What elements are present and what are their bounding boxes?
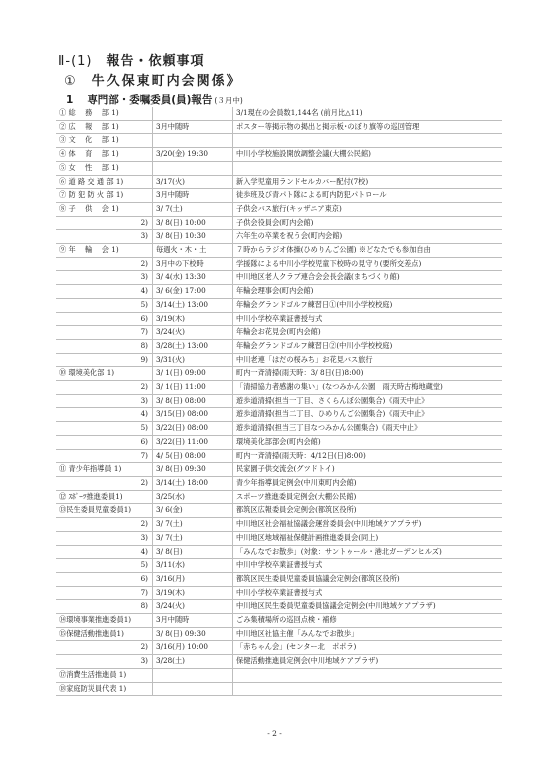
content-cell: 中川地区社会福祉協議会運営委員会(中川地域ケアプラザ) xyxy=(233,518,503,532)
department-cell: 3) xyxy=(56,394,153,408)
date-cell xyxy=(153,161,233,175)
content-cell: 都筑区民生委員児童委員協議会定例会(都筑区役所) xyxy=(233,572,503,586)
content-cell: 年輪会お花見会(町内会館) xyxy=(233,326,503,340)
department-cell: 7) xyxy=(56,326,153,340)
table-row: 6)3/22(日) 11:00環境美化部部会(町内会館) xyxy=(56,435,502,449)
content-cell: 中川小学校卒業証書授与式 xyxy=(233,312,503,326)
table-row: 3)3/ 8(日) 10:30六年生の卒業を祝う会(町内会館) xyxy=(56,230,502,244)
date-cell: 3月中随時 xyxy=(153,120,233,134)
date-cell: 3/ 8(日) 08:00 xyxy=(153,394,233,408)
department-cell: ⑨ 年 輪 会 1) xyxy=(56,244,153,258)
table-row: ⑮保健活動推進員1)3/ 8(日) 09:30中川地区社協主催「みんなでお散歩」 xyxy=(56,627,502,641)
date-cell xyxy=(153,134,233,148)
department-cell: 5) xyxy=(56,422,153,436)
date-cell: 3/24(火) xyxy=(153,326,233,340)
department-cell: ⑪ 青少年指導員 1) xyxy=(56,463,153,477)
department-cell: 6) xyxy=(56,312,153,326)
table-row: 9)3/31(火)中川老連「はだの桜みち」お花見バス旅行 xyxy=(56,353,502,367)
table-row: ⑬民生委員児童委員1)3/ 6(金)都筑区広報委員会定例会(都筑区役所) xyxy=(56,504,502,518)
subsection-number: ① xyxy=(64,74,78,89)
table-row: 2)3/ 1(日) 11:00「清掃協力者感謝の集い」(なつみかん公園 雨天時古… xyxy=(56,381,502,395)
date-cell: 3/ 8(日) xyxy=(153,545,233,559)
table-row: 2)3/ 8(日) 10:00子供会役員会(町内会館) xyxy=(56,216,502,230)
table-row: ⑰消費生活推進員 1) xyxy=(56,668,502,682)
table-row: 6)3/19(木)中川小学校卒業証書授与式 xyxy=(56,312,502,326)
table-row: 2)3月中の下校時学援隊による中川小学校児童下校時の見守り(要所交差点) xyxy=(56,257,502,271)
table-row: 4)3/ 8(日)「みんなでお散歩」(対象：サントゥール・港北ガーデンヒルズ) xyxy=(56,545,502,559)
date-cell: 3/ 7(土) xyxy=(153,202,233,216)
date-cell: 3/22(日) 11:00 xyxy=(153,435,233,449)
department-cell: 2) xyxy=(56,257,153,271)
table-row: 6)3/16(月)都筑区民生委員児童委員協議会定例会(都筑区役所) xyxy=(56,572,502,586)
content-cell: 中川地区社協主催「みんなでお散歩」 xyxy=(233,627,503,641)
department-cell: 3) xyxy=(56,271,153,285)
department-cell: 3) xyxy=(56,531,153,545)
date-cell: 3/20(金) 19:30 xyxy=(153,148,233,162)
table-row: ③ 文 化 部 1) xyxy=(56,134,502,148)
content-cell: 遊歩道清掃(担当三丁目なつみかん公園集合)《雨天中止》 xyxy=(233,422,503,436)
table-row: ⑩ 環境美化部 1)3/ 1(日) 09:00町内一斉清掃(雨天時：3/ 8日(… xyxy=(56,367,502,381)
table-row: 5)3/14(土) 13:00年輪会グランドゴルフ練習日①(中川小学校校庭) xyxy=(56,298,502,312)
page-number: - 2 - xyxy=(0,729,549,738)
content-cell: 遊歩道清掃(担当一丁目、さくらんぼ公園集合)《雨天中止》 xyxy=(233,394,503,408)
department-cell: ① 総 務 部 1) xyxy=(56,107,153,120)
date-cell: 3/25(水) xyxy=(153,490,233,504)
content-cell: 中川中学校卒業証書授与式 xyxy=(233,559,503,573)
table-row: ⑧ 子 供 会 1)3/ 7(土)子供会バス旅行(キッザニア東京) xyxy=(56,202,502,216)
content-cell xyxy=(233,161,503,175)
department-cell: 4) xyxy=(56,285,153,299)
table-row: ⑫ ｽﾎﾟｰﾂ推進委員1)3/25(水)スポーツ推進委員定例会(大棚公民館) xyxy=(56,490,502,504)
section-title: 報告・依頼事項 xyxy=(107,54,205,69)
content-cell: 子供会役員会(町内会館) xyxy=(233,216,503,230)
date-cell: 3/24(火) xyxy=(153,600,233,614)
item-heading: 1専門部・委嘱委員(員)報告(３月中) xyxy=(66,92,243,107)
department-cell: 2) xyxy=(56,216,153,230)
department-cell: 2) xyxy=(56,518,153,532)
department-cell: 7) xyxy=(56,449,153,463)
content-cell: 子供会バス旅行(キッザニア東京) xyxy=(233,202,503,216)
date-cell: 3/11(水) xyxy=(153,559,233,573)
content-cell xyxy=(233,668,503,682)
content-cell: 「みんなでお散歩」(対象：サントゥール・港北ガーデンヒルズ) xyxy=(233,545,503,559)
content-cell: 町内一斉清掃(雨天時：4/12日(日)8:00) xyxy=(233,449,503,463)
table-row: 2)3/14(土) 18:00青少年指導員定例会(中川東町内会館) xyxy=(56,476,502,490)
department-cell: ⑧ 子 供 会 1) xyxy=(56,202,153,216)
department-cell: 8) xyxy=(56,600,153,614)
date-cell: 3/ 4(水) 13:30 xyxy=(153,271,233,285)
department-cell: 8) xyxy=(56,339,153,353)
table-row: ⑭環境事業推進委員1)3月中随時ごみ集積場所の巡回点検・補修 xyxy=(56,614,502,628)
content-cell: 年輪会グランドゴルフ練習日①(中川小学校校庭) xyxy=(233,298,503,312)
date-cell: 3/16(月) 10:00 xyxy=(153,641,233,655)
table-row: ⑥ 道 路 交 通 部 1)3/17(火)新入学児童用ランドセルカバー配付(7校… xyxy=(56,175,502,189)
table-row: 2)3/ 7(土)中川地区社会福祉協議会運営委員会(中川地域ケアプラザ) xyxy=(56,518,502,532)
department-cell: ⑰消費生活推進員 1) xyxy=(56,668,153,682)
table-row: 4)3/15(日) 08:00遊歩道清掃(担当二丁目、ひめりんご公園集合)《雨天… xyxy=(56,408,502,422)
date-cell: 4/ 5(日) 08:00 xyxy=(153,449,233,463)
department-cell: ③ 文 化 部 1) xyxy=(56,134,153,148)
date-cell: 3/ 1(日) 09:00 xyxy=(153,367,233,381)
content-cell: 中川地区老人クラブ連合会会長会議(まちづくり館) xyxy=(233,271,503,285)
table-row: ⑦ 防 犯 防 火 部 1)3月中随時徒歩班及び青パト隊による町内防犯パトロール xyxy=(56,189,502,203)
date-cell: 3月中の下校時 xyxy=(153,257,233,271)
content-cell: 3/1現在の会員数1,144名 (前月比△11) xyxy=(233,107,503,120)
date-cell xyxy=(153,668,233,682)
content-cell xyxy=(233,682,503,696)
content-cell: 中川小学校卒業証書授与式 xyxy=(233,586,503,600)
department-cell: 5) xyxy=(56,559,153,573)
table-row: 5)3/11(水)中川中学校卒業証書授与式 xyxy=(56,559,502,573)
date-cell: 3/ 7(土) xyxy=(153,518,233,532)
content-cell: 遊歩道清掃(担当二丁目、ひめりんご公園集合)《雨天中止》 xyxy=(233,408,503,422)
table-row: 3)3/ 7(土)中川地区地域福祉保健計画推進委員会(同上) xyxy=(56,531,502,545)
table-row: ② 広 報 部 1)3月中随時ポスター等掲示物の掲出と掲示板･のぼり旗等の巡回管… xyxy=(56,120,502,134)
department-cell: 6) xyxy=(56,435,153,449)
date-cell: 3/ 8(日) 09:30 xyxy=(153,627,233,641)
date-cell: 3/ 8(日) 10:30 xyxy=(153,230,233,244)
content-cell: 「赤ちゃん会」(センター北 ポポラ) xyxy=(233,641,503,655)
table-row: 2)3/16(月) 10:00「赤ちゃん会」(センター北 ポポラ) xyxy=(56,641,502,655)
content-cell: 中川小学校施設開放調整会議(大棚公民館) xyxy=(233,148,503,162)
table-row: 8)3/28(土) 13:00年輪会グランドゴルフ練習日②(中川小学校校庭) xyxy=(56,339,502,353)
content-cell: ７時からラジオ体操(ひめりんご公園) ※どなたでも参加自由 xyxy=(233,244,503,258)
department-cell: ⑫ ｽﾎﾟｰﾂ推進委員1) xyxy=(56,490,153,504)
content-cell: 「清掃協力者感謝の集い」(なつみかん公園 雨天時古梅地蔵堂) xyxy=(233,381,503,395)
department-cell: 4) xyxy=(56,408,153,422)
content-cell: 中川地区地域福祉保健計画推進委員会(同上) xyxy=(233,531,503,545)
date-cell: 3/ 1(日) 11:00 xyxy=(153,381,233,395)
content-cell xyxy=(233,134,503,148)
date-cell: 3/14(土) 13:00 xyxy=(153,298,233,312)
date-cell: 3/ 6(金) xyxy=(153,504,233,518)
date-cell xyxy=(153,107,233,120)
department-cell: ⑦ 防 犯 防 火 部 1) xyxy=(56,189,153,203)
date-cell: 3/19(木) xyxy=(153,312,233,326)
department-cell: 6) xyxy=(56,572,153,586)
table-row: 4)3/ 6(金) 17:00年輪会理事会(町内会館) xyxy=(56,285,502,299)
table-row: 3)3/28(土)保健活動推進員定例会(中川地域ケアプラザ) xyxy=(56,655,502,669)
item-number: 1 xyxy=(66,94,73,106)
department-cell: ⑬民生委員児童委員1) xyxy=(56,504,153,518)
department-cell: 5) xyxy=(56,298,153,312)
department-cell: 3) xyxy=(56,230,153,244)
content-cell: ごみ集積場所の巡回点検・補修 xyxy=(233,614,503,628)
table-row: 8)3/24(火)中川地区民生委員児童委員協議会定例会(中川地域ケアプラザ) xyxy=(56,600,502,614)
table-row: 3)3/ 8(日) 08:00遊歩道清掃(担当一丁目、さくらんぼ公園集合)《雨天… xyxy=(56,394,502,408)
date-cell xyxy=(153,682,233,696)
content-cell: 新入学児童用ランドセルカバー配付(7校) xyxy=(233,175,503,189)
department-cell: 2) xyxy=(56,641,153,655)
date-cell: 3/28(土) 13:00 xyxy=(153,339,233,353)
report-table: ① 総 務 部 1)3/1現在の会員数1,144名 (前月比△11)② 広 報 … xyxy=(56,107,502,696)
department-cell: ② 広 報 部 1) xyxy=(56,120,153,134)
department-cell: 4) xyxy=(56,545,153,559)
date-cell: 3/28(土) xyxy=(153,655,233,669)
table-row: 7)3/24(火)年輪会お花見会(町内会館) xyxy=(56,326,502,340)
department-cell: ⑩ 環境美化部 1) xyxy=(56,367,153,381)
table-row: ⑤ 女 性 部 1) xyxy=(56,161,502,175)
table-row: 7)3/19(木)中川小学校卒業証書授与式 xyxy=(56,586,502,600)
date-cell: 3月中随時 xyxy=(153,614,233,628)
table-row: ① 総 務 部 1)3/1現在の会員数1,144名 (前月比△11) xyxy=(56,107,502,120)
department-cell: ⑭環境事業推進委員1) xyxy=(56,614,153,628)
date-cell: 3/ 8(日) 10:00 xyxy=(153,216,233,230)
department-cell: 7) xyxy=(56,586,153,600)
content-cell: 中川地区民生委員児童委員協議会定例会(中川地域ケアプラザ) xyxy=(233,600,503,614)
date-cell: 3/31(火) xyxy=(153,353,233,367)
table-row: ⑱家庭防災員代表 1) xyxy=(56,682,502,696)
subsection-title: 牛久保東町内会関係》 xyxy=(92,74,242,89)
content-cell: 青少年指導員定例会(中川東町内会館) xyxy=(233,476,503,490)
date-cell: 3/ 8(日) 09:30 xyxy=(153,463,233,477)
department-cell: ⑥ 道 路 交 通 部 1) xyxy=(56,175,153,189)
department-cell: 2) xyxy=(56,476,153,490)
content-cell: 年輪会グランドゴルフ練習日②(中川小学校校庭) xyxy=(233,339,503,353)
date-cell: 3/ 6(金) 17:00 xyxy=(153,285,233,299)
table-row: 5)3/22(日) 08:00遊歩道清掃(担当三丁目なつみかん公園集合)《雨天中… xyxy=(56,422,502,436)
content-cell: ポスター等掲示物の掲出と掲示板･のぼり旗等の巡回管理 xyxy=(233,120,503,134)
date-cell: 3/15(日) 08:00 xyxy=(153,408,233,422)
department-cell: ⑤ 女 性 部 1) xyxy=(56,161,153,175)
content-cell: 中川老連「はだの桜みち」お花見バス旅行 xyxy=(233,353,503,367)
item-note: (３月中) xyxy=(214,96,242,105)
department-cell: ④ 体 育 部 1) xyxy=(56,148,153,162)
department-cell: 9) xyxy=(56,353,153,367)
department-cell: 3) xyxy=(56,655,153,669)
content-cell: 年輪会理事会(町内会館) xyxy=(233,285,503,299)
content-cell: 都筑区広報委員会定例会(都筑区役所) xyxy=(233,504,503,518)
item-title: 専門部・委嘱委員(員)報告 xyxy=(87,94,212,106)
report-table-body: ① 総 務 部 1)3/1現在の会員数1,144名 (前月比△11)② 広 報 … xyxy=(56,107,502,696)
date-cell: 3/14(土) 18:00 xyxy=(153,476,233,490)
content-cell: 学援隊による中川小学校児童下校時の見守り(要所交差点) xyxy=(233,257,503,271)
date-cell: 3/16(月) xyxy=(153,572,233,586)
content-cell: 町内一斉清掃(雨天時：3/ 8日(日)8:00) xyxy=(233,367,503,381)
table-row: ⑪ 青少年指導員 1)3/ 8(日) 09:30民家園子供交流会(グツドトイ) xyxy=(56,463,502,477)
date-cell: 毎週火・木・土 xyxy=(153,244,233,258)
content-cell: 民家園子供交流会(グツドトイ) xyxy=(233,463,503,477)
section-number: Ⅱ-(1) xyxy=(58,54,93,69)
table-row: ④ 体 育 部 1)3/20(金) 19:30中川小学校施設開放調整会議(大棚公… xyxy=(56,148,502,162)
date-cell: 3/17(火) xyxy=(153,175,233,189)
table-row: 7)4/ 5(日) 08:00町内一斉清掃(雨天時：4/12日(日)8:00) xyxy=(56,449,502,463)
content-cell: スポーツ推進委員定例会(大棚公民館) xyxy=(233,490,503,504)
date-cell: 3/22(日) 08:00 xyxy=(153,422,233,436)
content-cell: 六年生の卒業を祝う会(町内会館) xyxy=(233,230,503,244)
department-cell: ⑱家庭防災員代表 1) xyxy=(56,682,153,696)
content-cell: 徒歩班及び青パト隊による町内防犯パトロール xyxy=(233,189,503,203)
department-cell: ⑮保健活動推進員1) xyxy=(56,627,153,641)
content-cell: 保健活動推進員定例会(中川地域ケアプラザ) xyxy=(233,655,503,669)
date-cell: 3月中随時 xyxy=(153,189,233,203)
table-row: 3)3/ 4(水) 13:30中川地区老人クラブ連合会会長会議(まちづくり館) xyxy=(56,271,502,285)
table-row: ⑨ 年 輪 会 1)毎週火・木・土７時からラジオ体操(ひめりんご公園) ※どなた… xyxy=(56,244,502,258)
section-heading: Ⅱ-(1)報告・依頼事項 xyxy=(58,50,205,69)
content-cell: 環境美化部部会(町内会館) xyxy=(233,435,503,449)
subsection-heading: ①牛久保東町内会関係》 xyxy=(64,70,242,89)
department-cell: 2) xyxy=(56,381,153,395)
date-cell: 3/19(木) xyxy=(153,586,233,600)
date-cell: 3/ 7(土) xyxy=(153,531,233,545)
